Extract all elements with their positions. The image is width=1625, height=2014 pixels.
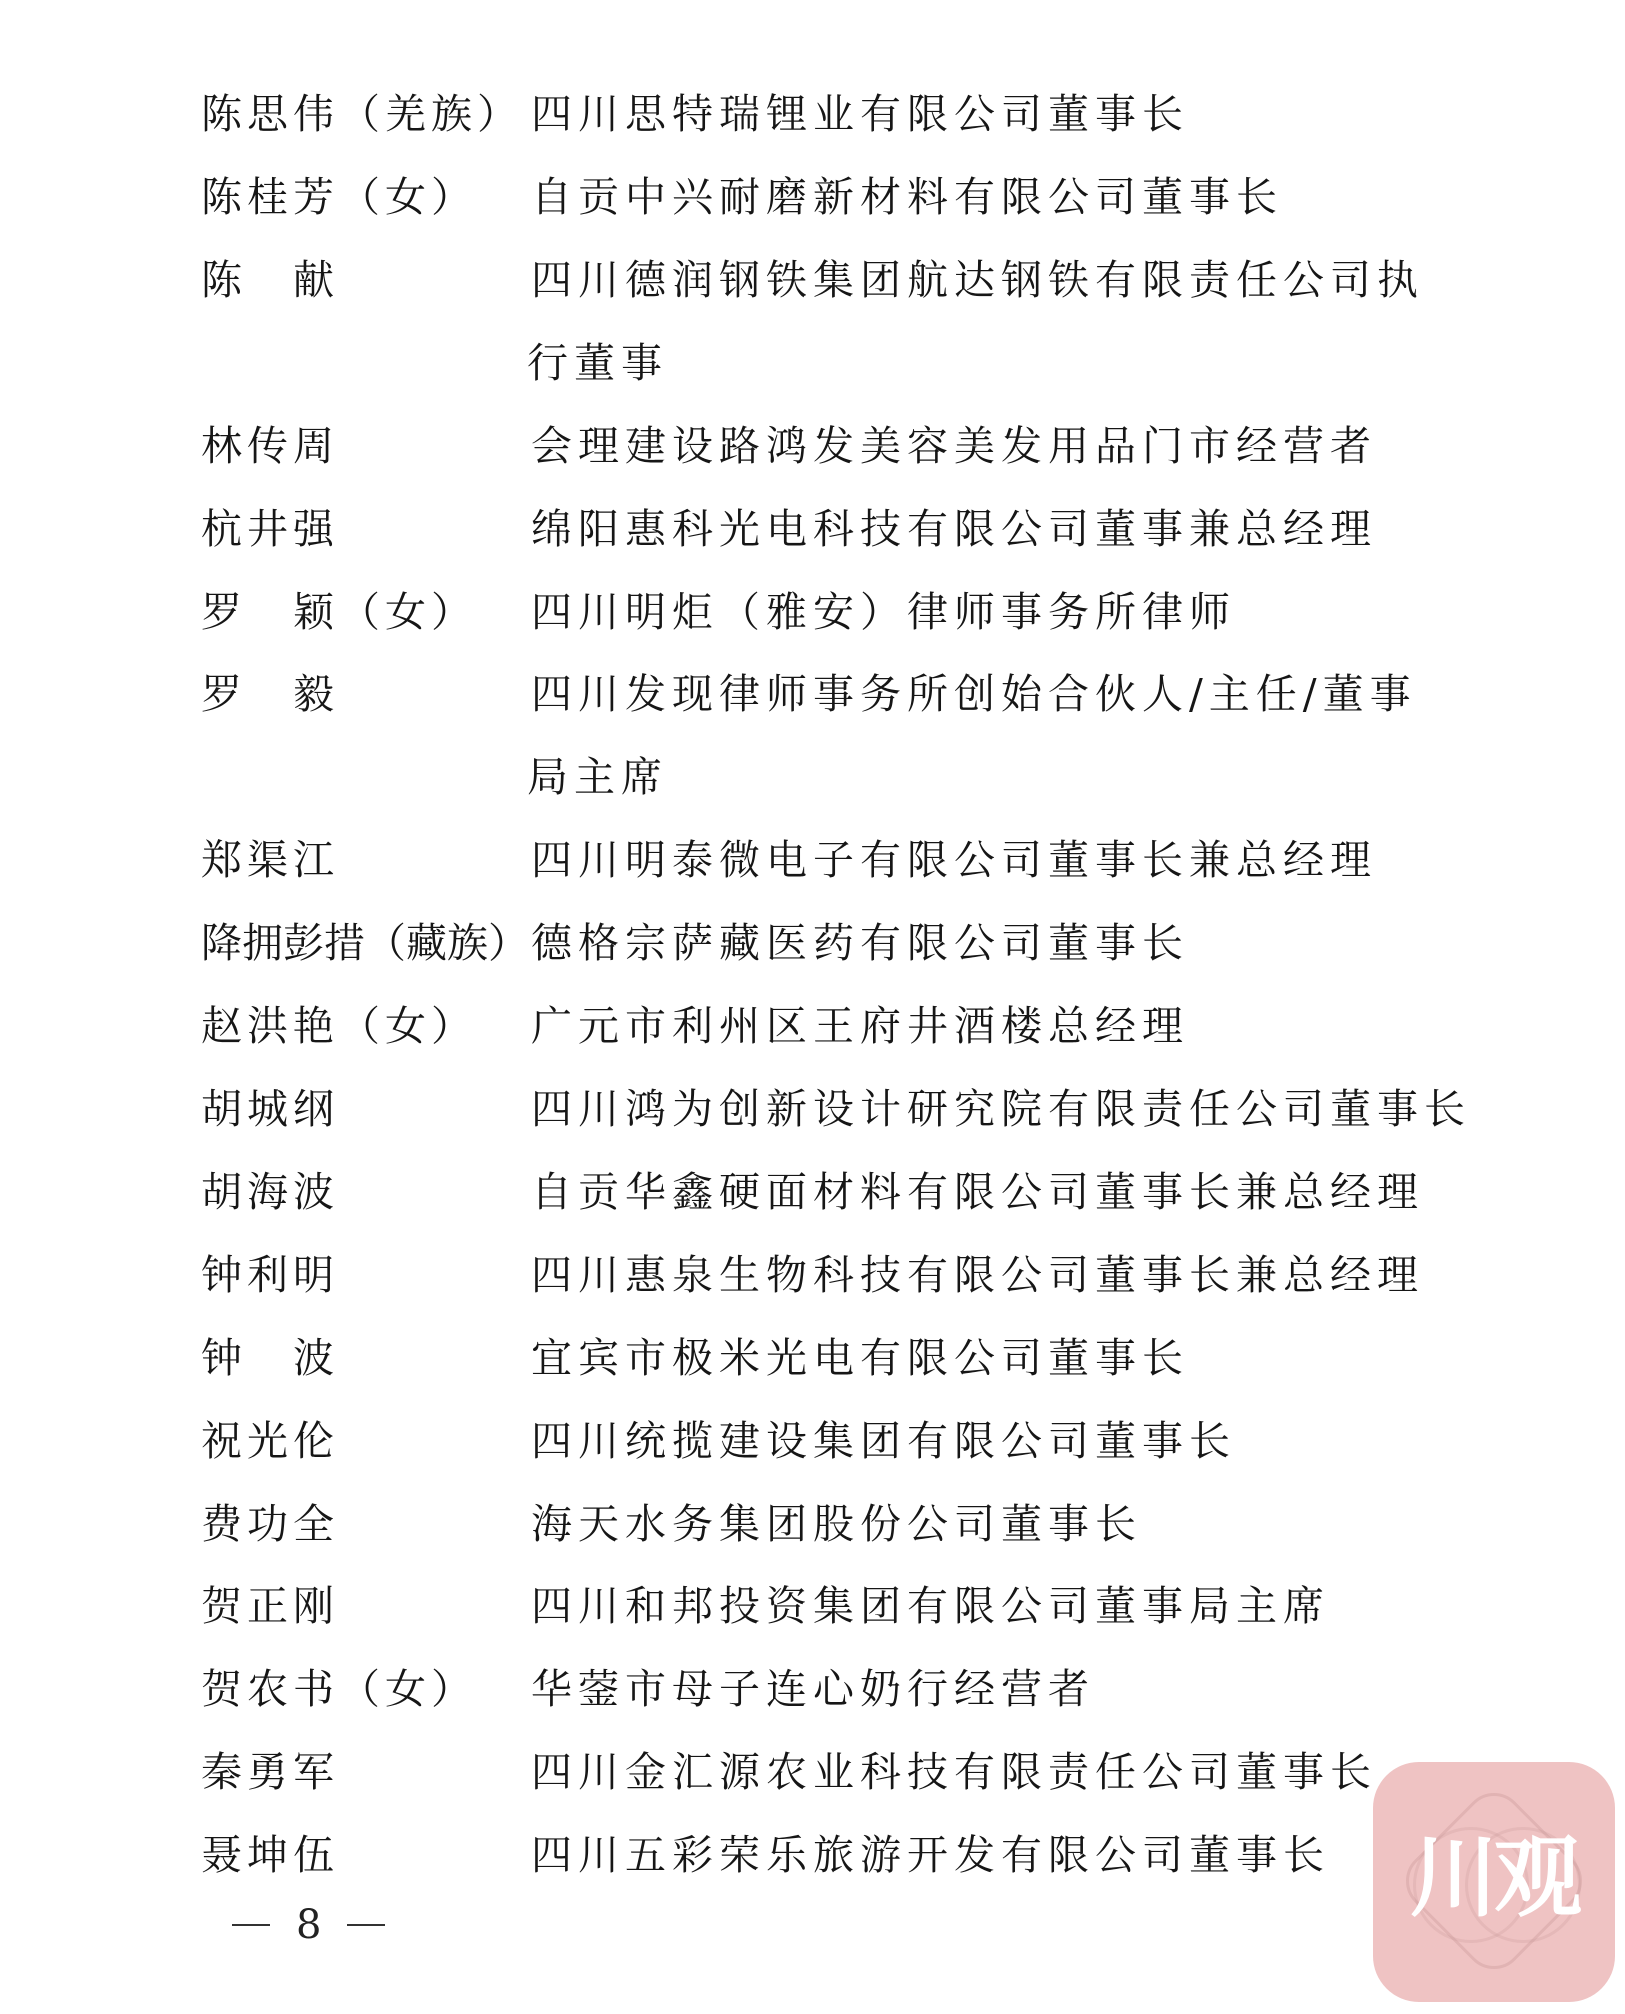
person-name: 祝光伦 xyxy=(201,1411,339,1471)
dash-left xyxy=(232,1924,270,1926)
list-item: 贺正刚 四川和邦投资集团有限公司董事局主席 xyxy=(0,1576,1625,1636)
list-item: 陈桂芳（女） 自贡中兴耐磨新材料有限公司董事长 xyxy=(0,167,1625,227)
page-number: 8 xyxy=(232,1900,385,1950)
person-name: 费功全 xyxy=(201,1494,339,1554)
list-item: 胡海波 自贡华鑫硬面材料有限公司董事长兼总经理 xyxy=(0,1162,1625,1222)
person-title: 绵阳惠科光电科技有限公司董事兼总经理 xyxy=(531,499,1377,559)
person-title: 德格宗萨藏医药有限公司董事长 xyxy=(531,913,1189,973)
person-title: 宜宾市极米光电有限公司董事长 xyxy=(531,1328,1189,1388)
person-name: 钟 波 xyxy=(201,1328,339,1388)
list-item: 祝光伦 四川统揽建设集团有限公司董事长 xyxy=(0,1411,1625,1471)
document-page: 陈思伟（羌族） 四川思特瑞锂业有限公司董事长 陈桂芳（女） 自贡中兴耐磨新材料有… xyxy=(0,0,1625,2014)
person-title: 四川五彩荣乐旅游开发有限公司董事长 xyxy=(531,1825,1330,1885)
person-name: 贺正刚 xyxy=(201,1576,339,1636)
list-item: 胡城纲 四川鸿为创新设计研究院有限责任公司董事长 xyxy=(0,1079,1625,1139)
person-name: 罗 颖（女） xyxy=(201,582,477,642)
person-name: 陈 献 xyxy=(201,250,339,310)
list-item: 贺农书（女） 华蓥市母子连心奶行经营者 xyxy=(0,1659,1625,1719)
person-title: 四川思特瑞锂业有限公司董事长 xyxy=(531,84,1189,144)
person-title: 四川明泰微电子有限公司董事长兼总经理 xyxy=(531,830,1377,890)
person-name: 罗 毅 xyxy=(201,664,339,724)
person-name: 胡城纲 xyxy=(201,1079,339,1139)
list-item: 降拥彭措（藏族） 德格宗萨藏医药有限公司董事长 xyxy=(0,913,1625,973)
list-item: 陈 献 四川德润钢铁集团航达钢铁有限责任公司执 xyxy=(0,250,1625,310)
person-name: 林传周 xyxy=(201,416,339,476)
list-item: 林传周 会理建设路鸿发美容美发用品门市经营者 xyxy=(0,416,1625,476)
list-item-continuation: 行董事 xyxy=(0,333,1625,393)
person-name: 赵洪艳（女） xyxy=(201,996,477,1056)
person-title: 四川德润钢铁集团航达钢铁有限责任公司执 xyxy=(531,250,1424,310)
person-title-continuation: 行董事 xyxy=(527,333,668,393)
person-title: 海天水务集团股份公司董事长 xyxy=(531,1494,1142,1554)
person-name: 贺农书（女） xyxy=(201,1659,477,1719)
list-item: 赵洪艳（女） 广元市利州区王府井酒楼总经理 xyxy=(0,996,1625,1056)
dash-right xyxy=(347,1924,385,1926)
person-title: 四川统揽建设集团有限公司董事长 xyxy=(531,1411,1236,1471)
page-number-value: 8 xyxy=(296,1900,321,1950)
person-name: 降拥彭措（藏族） xyxy=(201,913,529,973)
person-name: 聂坤伍 xyxy=(201,1825,339,1885)
list-item: 罗 毅 四川发现律师事务所创始合伙人/主任/董事 xyxy=(0,664,1625,724)
person-title: 四川和邦投资集团有限公司董事局主席 xyxy=(531,1576,1330,1636)
person-name: 胡海波 xyxy=(201,1162,339,1222)
list-item: 郑渠江 四川明泰微电子有限公司董事长兼总经理 xyxy=(0,830,1625,890)
person-name: 钟利明 xyxy=(201,1245,339,1305)
person-title: 四川惠泉生物科技有限公司董事长兼总经理 xyxy=(531,1245,1424,1305)
person-title: 四川发现律师事务所创始合伙人/主任/董事 xyxy=(531,664,1417,724)
person-title: 华蓥市母子连心奶行经营者 xyxy=(531,1659,1095,1719)
person-title: 四川鸿为创新设计研究院有限责任公司董事长 xyxy=(531,1079,1471,1139)
person-name: 杭井强 xyxy=(201,499,339,559)
list-item: 杭井强 绵阳惠科光电科技有限公司董事兼总经理 xyxy=(0,499,1625,559)
person-name: 陈思伟（羌族） xyxy=(201,84,523,144)
list-item: 钟利明 四川惠泉生物科技有限公司董事长兼总经理 xyxy=(0,1245,1625,1305)
person-title: 广元市利州区王府井酒楼总经理 xyxy=(531,996,1189,1056)
list-item: 钟 波 宜宾市极米光电有限公司董事长 xyxy=(0,1328,1625,1388)
person-title: 自贡华鑫硬面材料有限公司董事长兼总经理 xyxy=(531,1162,1424,1222)
list-item: 费功全 海天水务集团股份公司董事长 xyxy=(0,1494,1625,1554)
list-item: 罗 颖（女） 四川明炬（雅安）律师事务所律师 xyxy=(0,582,1625,642)
watermark-logo: 川观 xyxy=(1373,1762,1615,2002)
watermark-text: 川观 xyxy=(1373,1822,1615,1932)
person-title: 四川金汇源农业科技有限责任公司董事长 xyxy=(531,1742,1377,1802)
list-item: 陈思伟（羌族） 四川思特瑞锂业有限公司董事长 xyxy=(0,84,1625,144)
person-title-continuation: 局主席 xyxy=(527,747,668,807)
list-item-continuation: 局主席 xyxy=(0,747,1625,807)
person-name: 秦勇军 xyxy=(201,1742,339,1802)
person-name: 郑渠江 xyxy=(201,830,339,890)
person-title: 会理建设路鸿发美容美发用品门市经营者 xyxy=(531,416,1377,476)
person-name: 陈桂芳（女） xyxy=(201,167,477,227)
person-title: 四川明炬（雅安）律师事务所律师 xyxy=(531,582,1236,642)
person-title: 自贡中兴耐磨新材料有限公司董事长 xyxy=(531,167,1283,227)
